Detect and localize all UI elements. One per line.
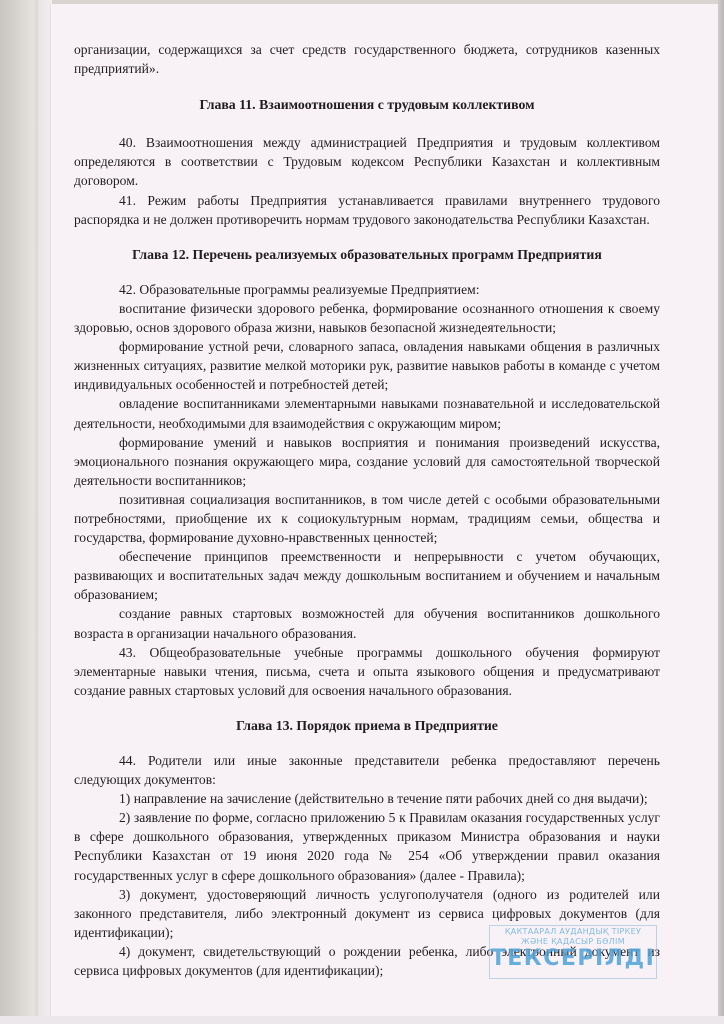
paragraph-42: 42. Образовательные программы реализуемы… [74, 280, 660, 299]
scan-margin-left [0, 0, 42, 1024]
stamp-authority-line: ҚАКТААРАЛ АУДАНДЫҚ ТІРКЕУ [490, 927, 656, 937]
paragraph-44: 44. Родители или иные законные представи… [74, 751, 660, 789]
program-item-1: воспитание физически здорового ребенка, … [74, 299, 660, 337]
paragraph-40: 40. Взаимоотношения между администрацией… [74, 133, 660, 190]
program-item-3: овладение воспитанниками элементарными н… [74, 394, 660, 432]
program-item-6: обеспечение принципов преемственности и … [74, 547, 660, 604]
stamp-department-line: ЖӘНЕ ҚАДАСЫР БӨЛІМ [490, 937, 656, 946]
program-item-2: формирование устной речи, словарного зап… [74, 337, 660, 394]
document-item-1: 1) направление на зачисление (действител… [74, 789, 660, 808]
continuation-paragraph: организации, содержащихся за счет средст… [74, 40, 660, 78]
document-item-2: 2) заявление по форме, согласно приложен… [74, 808, 660, 884]
paragraph-41: 41. Режим работы Предприятия устанавлива… [74, 191, 660, 229]
stamp-verified-word: ТЕКСЕРІЛДІ [490, 946, 656, 972]
scan-margin-bottom [0, 1016, 724, 1024]
document-body: организации, содержащихся за счет средст… [74, 40, 660, 980]
paragraph-43: 43. Общеобразовательные учебные программ… [74, 643, 660, 700]
program-item-4: формирование умений и навыков восприятия… [74, 433, 660, 490]
scan-margin-right [718, 0, 724, 1024]
chapter-13-title: Глава 13. Порядок приема в Предприятие [74, 716, 660, 735]
verification-stamp: ҚАКТААРАЛ АУДАНДЫҚ ТІРКЕУ ЖӘНЕ ҚАДАСЫР Б… [489, 925, 657, 979]
program-item-5: позитивная социализация воспитанников, в… [74, 490, 660, 547]
program-item-7: создание равных стартовых возможностей д… [74, 604, 660, 642]
chapter-12-title: Глава 12. Перечень реализуемых образоват… [74, 245, 660, 264]
chapter-11-title: Глава 11. Взаимоотношения с трудовым кол… [74, 95, 660, 114]
